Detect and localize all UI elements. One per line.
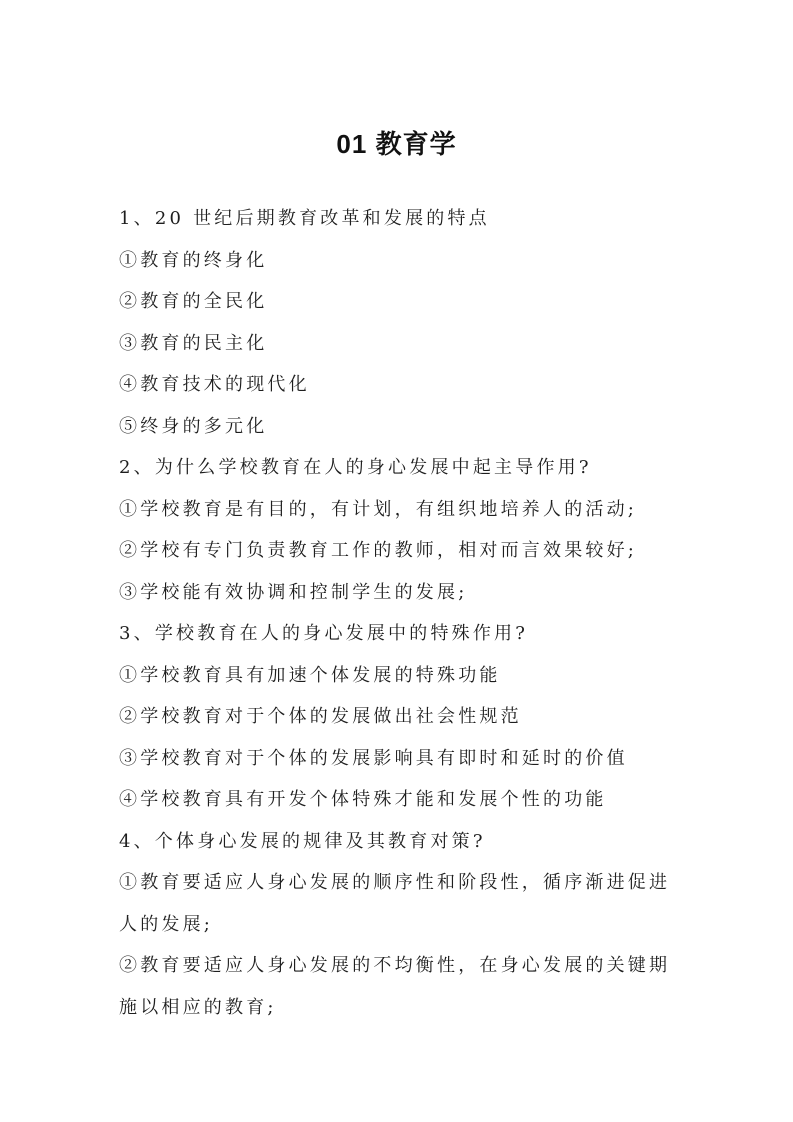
- list-item: ④学校教育具有开发个体特殊才能和发展个性的功能: [119, 779, 679, 821]
- list-item: ①学校教育具有加速个体发展的特殊功能: [119, 655, 679, 697]
- section-heading-4: 4、个体身心发展的规律及其教育对策?: [119, 821, 679, 863]
- document-body: 1、20 世纪后期教育改革和发展的特点 ①教育的终身化 ②教育的全民化 ③教育的…: [119, 198, 679, 1028]
- list-item-continuation: 施以相应的教育;: [119, 987, 679, 1029]
- section-heading-3: 3、学校教育在人的身心发展中的特殊作用?: [119, 613, 679, 655]
- list-item: ④教育技术的现代化: [119, 364, 679, 406]
- list-item: ②学校有专门负责教育工作的教师，相对而言效果较好;: [119, 530, 679, 572]
- list-item: ③教育的民主化: [119, 323, 679, 365]
- document-page: 01 教育学 1、20 世纪后期教育改革和发展的特点 ①教育的终身化 ②教育的全…: [0, 0, 793, 1122]
- list-item: ②教育要适应人身心发展的不均衡性，在身心发展的关键期: [119, 945, 679, 987]
- list-item-continuation: 人的发展;: [119, 904, 679, 946]
- section-heading-2: 2、为什么学校教育在人的身心发展中起主导作用?: [119, 447, 679, 489]
- document-title: 01 教育学: [0, 126, 793, 162]
- list-item: ①教育要适应人身心发展的顺序性和阶段性，循序渐进促进: [119, 862, 679, 904]
- list-item: ③学校教育对于个体的发展影响具有即时和延时的价值: [119, 738, 679, 780]
- list-item: ⑤终身的多元化: [119, 406, 679, 448]
- section-heading-1: 1、20 世纪后期教育改革和发展的特点: [119, 198, 679, 240]
- list-item: ②教育的全民化: [119, 281, 679, 323]
- list-item: ③学校能有效协调和控制学生的发展;: [119, 572, 679, 614]
- list-item: ①学校教育是有目的，有计划，有组织地培养人的活动;: [119, 489, 679, 531]
- list-item: ②学校教育对于个体的发展做出社会性规范: [119, 696, 679, 738]
- list-item: ①教育的终身化: [119, 240, 679, 282]
